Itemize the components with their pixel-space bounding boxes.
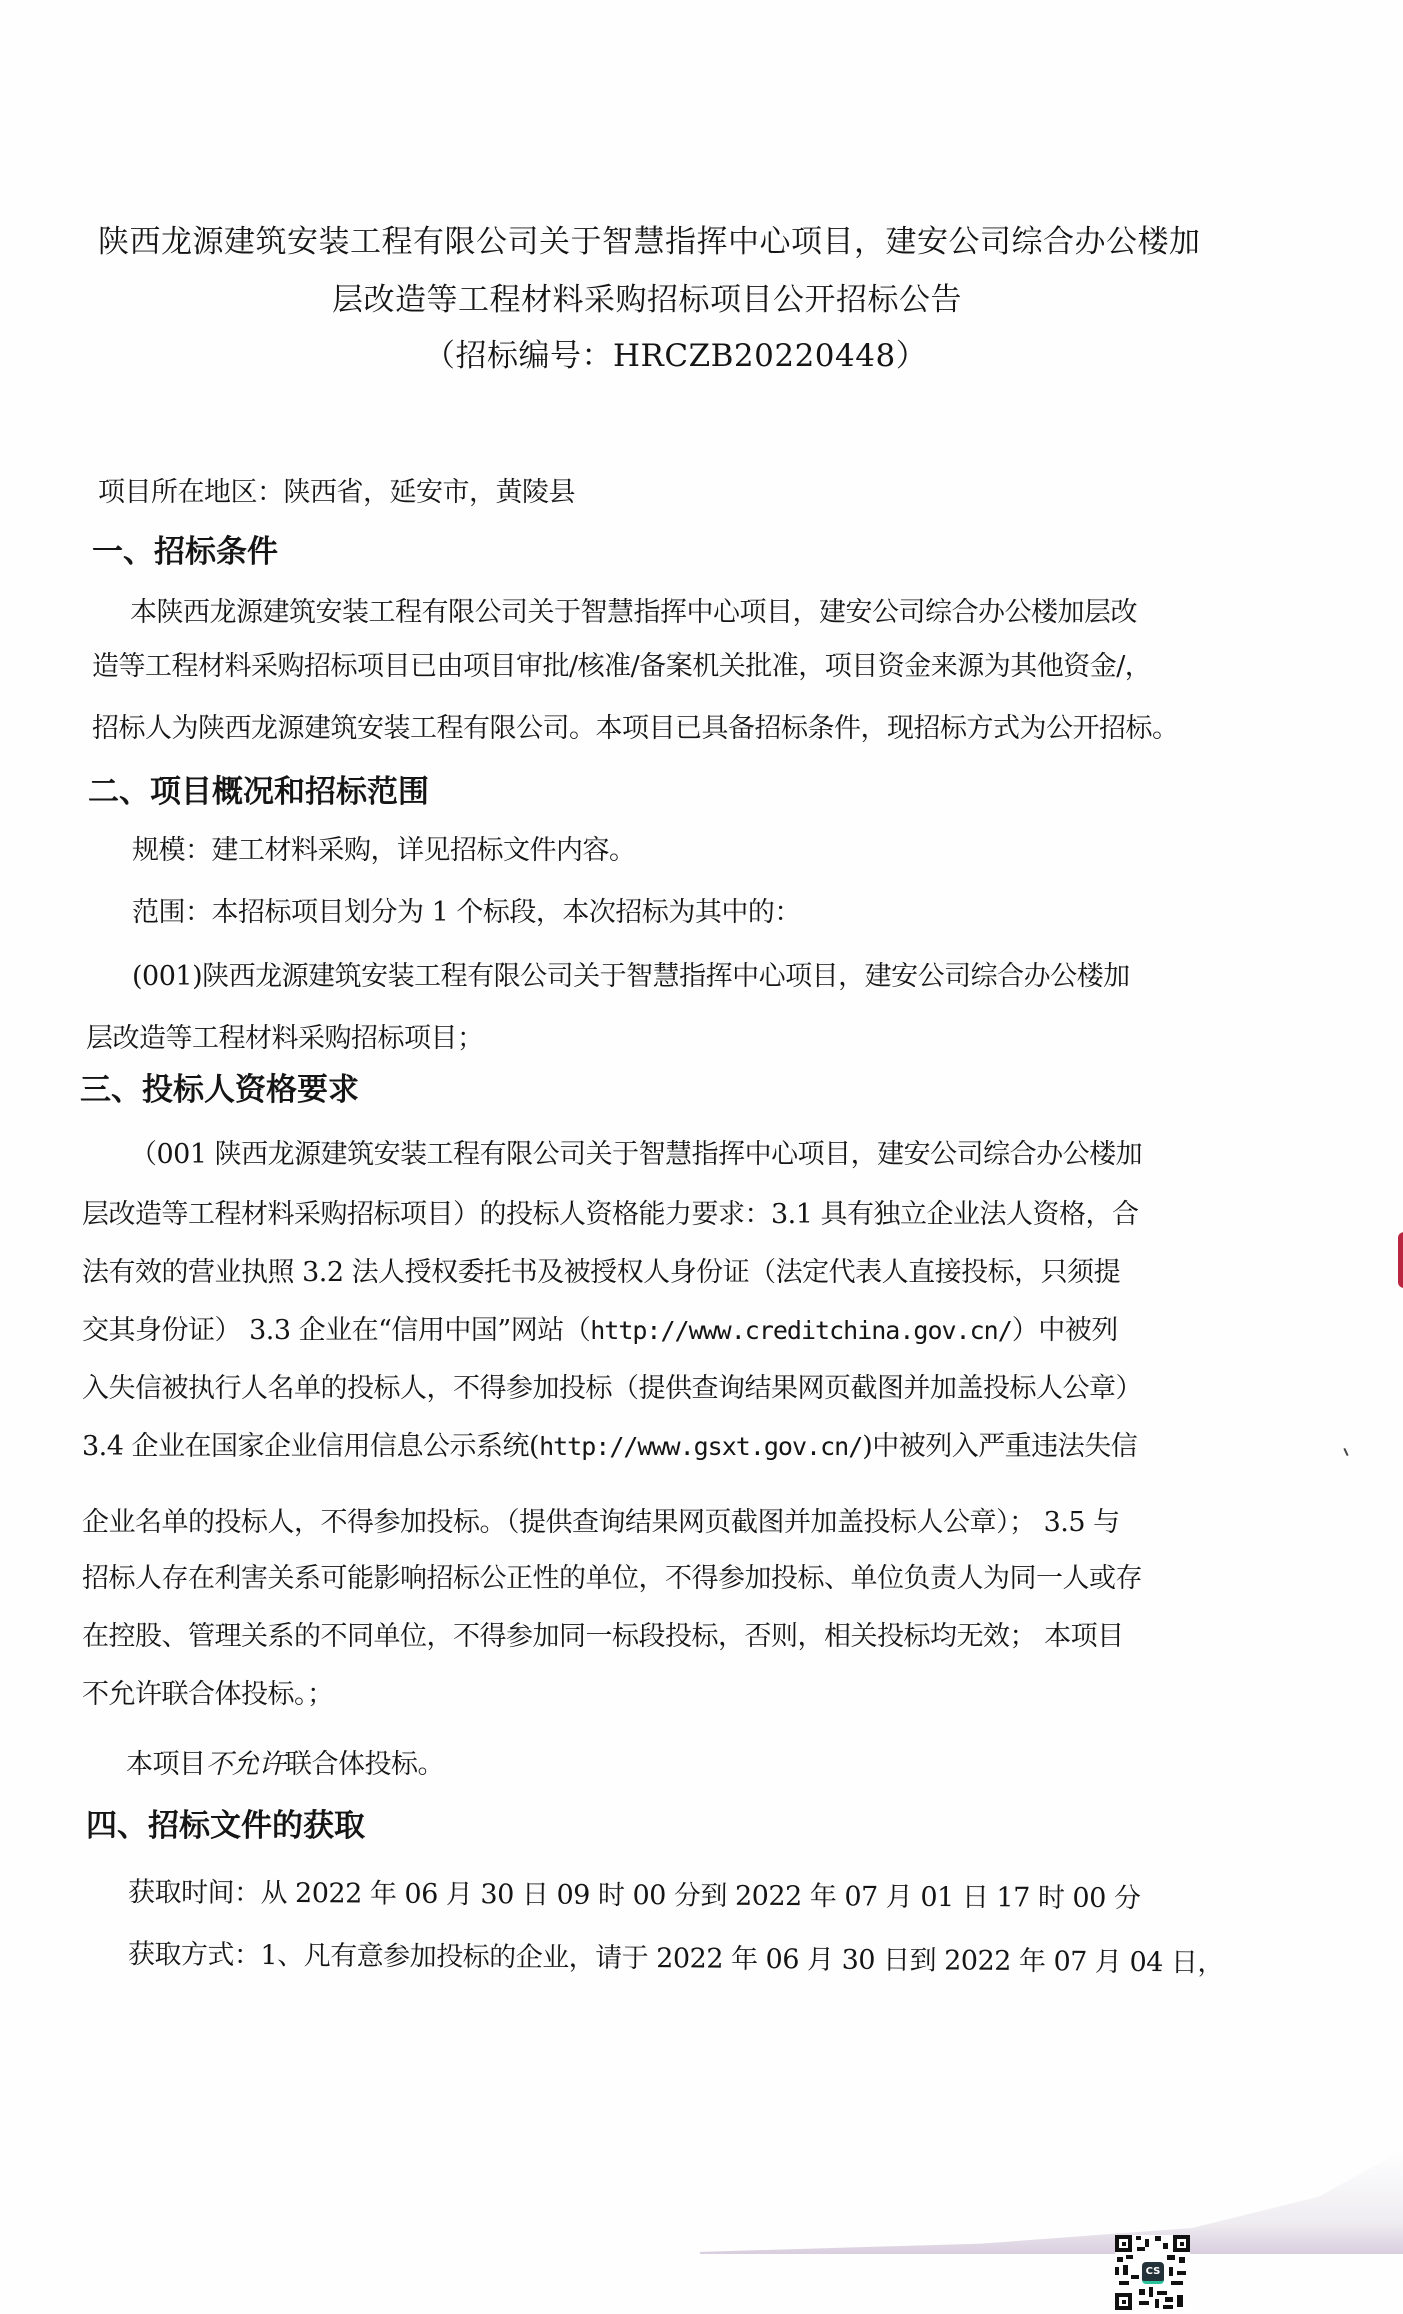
- section-3-line-with-link: 交其身份证） 3.3 企业在“信用中国”网站（http://www.credit…: [82, 1314, 1118, 1348]
- section-heading-bidding-conditions: 一、招标条件: [92, 532, 278, 572]
- qr-finder-bottom-left: [1115, 2293, 1132, 2310]
- section-heading-project-overview: 二、项目概况和招标范围: [88, 772, 429, 812]
- creditchina-link[interactable]: http://www.creditchina.gov.cn/: [590, 1316, 1012, 1345]
- document-title-line-1: 陕西龙源建筑安装工程有限公司关于智慧指挥中心项目，建安公司综合办公楼加: [98, 222, 1201, 262]
- qr-finder-top-right: [1173, 2235, 1190, 2252]
- section-3-text: 3.4 企业在国家企业信用信息公示系统(: [82, 1431, 539, 1462]
- section-2-line: 层改造等工程材料采购招标项目；: [86, 1022, 484, 1056]
- section-1-line: 招标人为陕西龙源建筑安装工程有限公司。本项目已具备招标条件，现招标方式为公开招标…: [92, 712, 1179, 746]
- camscanner-logo-icon: CS: [1142, 2262, 1164, 2284]
- section-3-line: （001 陕西龙源建筑安装工程有限公司关于智慧指挥中心项目，建安公司综合办公楼加: [130, 1138, 1142, 1172]
- section-2-line: 范围：本招标项目划分为 1 个标段，本次招标为其中的：: [132, 896, 801, 930]
- acquisition-time: 获取时间：从 2022 年 06 月 30 日 09 时 00 分到 2022 …: [128, 1876, 1141, 1916]
- consortium-prefix: 本项目: [126, 1749, 206, 1780]
- scan-speck: [1343, 1448, 1348, 1456]
- qr-finder-top-left: [1115, 2235, 1132, 2252]
- section-3-line: 不允许联合体投标。；: [82, 1678, 334, 1712]
- section-2-line: (001)陕西龙源建筑安装工程有限公司关于智慧指挥中心项目，建安公司综合办公楼加: [132, 960, 1130, 994]
- section-3-line: 企业名单的投标人，不得参加投标。（提供查询结果网页截图并加盖投标人公章）； 3.…: [82, 1506, 1120, 1540]
- section-3-line: 层改造等工程材料采购招标项目）的投标人资格能力要求：3.1 具有独立企业法人资格…: [82, 1198, 1139, 1232]
- scanner-qr-code: CS: [1115, 2235, 1190, 2310]
- document-title-line-2: 层改造等工程材料采购招标项目公开招标公告: [332, 280, 962, 320]
- section-heading-document-acquisition: 四、招标文件的获取: [86, 1806, 365, 1846]
- gsxt-link[interactable]: http://www.gsxt.gov.cn/: [539, 1432, 862, 1461]
- section-1-line: 本陕西龙源建筑安装工程有限公司关于智慧指挥中心项目，建安公司综合办公楼加层改: [130, 596, 1137, 630]
- scanned-document-page: 陕西龙源建筑安装工程有限公司关于智慧指挥中心项目，建安公司综合办公楼加 层改造等…: [0, 0, 1403, 2314]
- project-region: 项目所在地区：陕西省，延安市，黄陵县: [98, 476, 575, 510]
- section-3-text: )中被列入严重违法失信: [862, 1431, 1137, 1462]
- tender-number: （招标编号：HRCZB20220448）: [424, 336, 927, 376]
- section-3-line: 法有效的营业执照 3.2 法人授权委托书及被授权人身份证（法定代表人直接投标，只…: [82, 1256, 1120, 1290]
- section-3-text: 交其身份证） 3.3 企业在“信用中国”网站（: [82, 1315, 590, 1346]
- consortium-statement: 本项目不允许联合体投标。: [126, 1748, 444, 1782]
- section-3-line: 在控股、管理关系的不同单位，不得参加同一标段投标，否则，相关投标均无效； 本项目: [82, 1620, 1124, 1654]
- section-3-line: 入失信被执行人名单的投标人，不得参加投标（提供查询结果网页截图并加盖投标人公章）: [82, 1372, 1142, 1406]
- section-3-line: 招标人存在利害关系可能影响招标公正性的单位，不得参加投标、单位负责人为同一人或存: [82, 1562, 1142, 1596]
- section-1-line: 造等工程材料采购招标项目已由项目审批/核准/备案机关批准，项目资金来源为其他资金…: [92, 650, 1151, 684]
- section-3-line-with-link: 3.4 企业在国家企业信用信息公示系统(http://www.gsxt.gov.…: [82, 1430, 1137, 1464]
- acquisition-method: 获取方式：1、凡有意参加投标的企业，请于 2022 年 06 月 30 日到 2…: [128, 1938, 1224, 1981]
- scan-shadow: [700, 2150, 1403, 2254]
- consortium-not-allowed: 不允许: [206, 1749, 286, 1780]
- section-heading-bidder-qualifications: 三、投标人资格要求: [80, 1070, 359, 1110]
- section-3-text: ）中被列: [1012, 1315, 1118, 1346]
- red-seal-fragment: [1398, 1232, 1403, 1288]
- section-2-line: 规模：建工材料采购，详见招标文件内容。: [132, 834, 636, 868]
- consortium-suffix: 联合体投标。: [285, 1749, 444, 1780]
